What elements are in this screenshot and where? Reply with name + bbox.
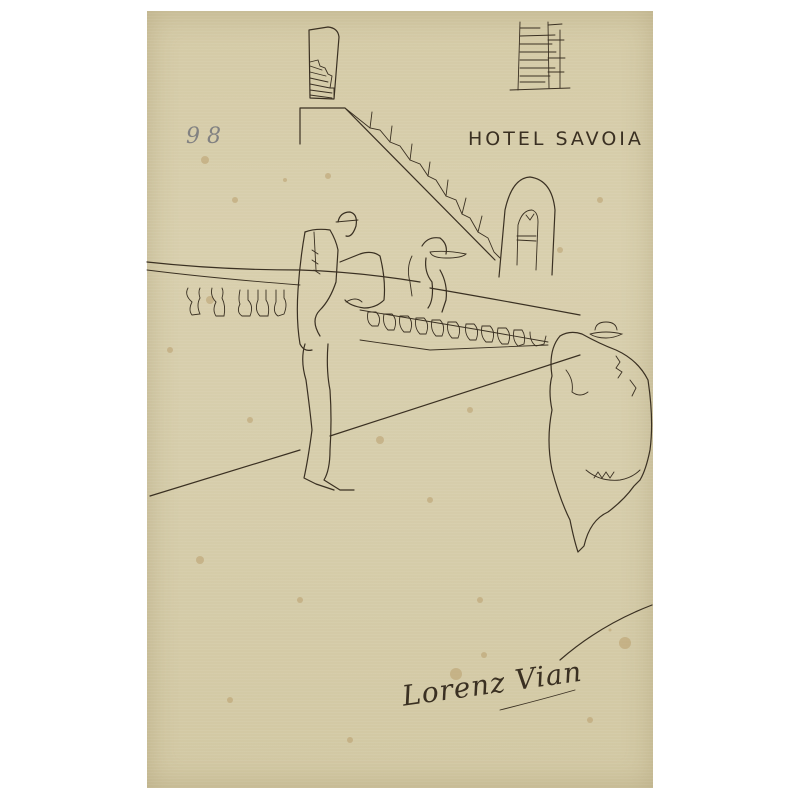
seated-woman-figure (408, 238, 466, 312)
large-figure-with-boater-hat (549, 322, 652, 552)
arched-doorway (499, 177, 555, 277)
page-number-inscription: 9 8 (186, 124, 221, 149)
hotel-savoia-sign: HOTEL SAVOIA (468, 128, 644, 150)
foxing-spots (167, 156, 631, 743)
standing-man-figure (297, 212, 384, 490)
staircase-building-left (309, 27, 339, 99)
balustrade-left (187, 288, 286, 316)
building-facade-right (510, 22, 570, 90)
balustrade-center (368, 312, 547, 346)
curved-line-lower-right (560, 605, 652, 660)
